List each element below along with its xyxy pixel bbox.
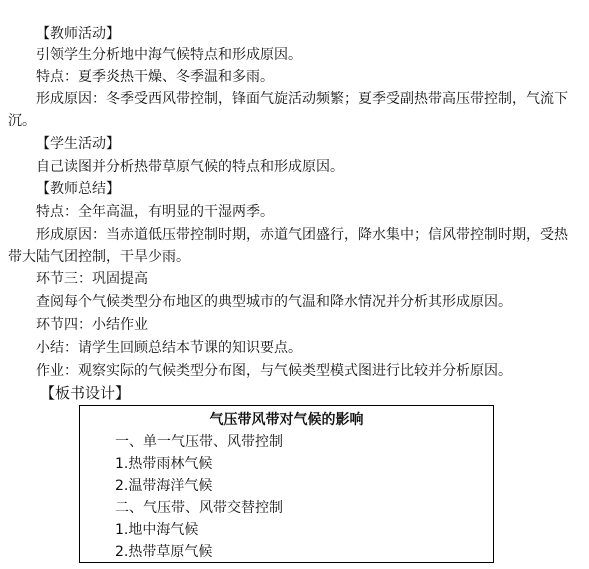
board-item: 2.温带海洋气候 <box>115 475 212 495</box>
paragraph: 沉。 <box>8 112 36 130</box>
heading-board-design: 【板书设计】 <box>40 384 130 402</box>
section-heading: 环节三：巩固提高 <box>36 270 148 288</box>
paragraph: 特点：夏季炎热干燥、冬季温和多雨。 <box>36 68 274 86</box>
paragraph: 查阅每个气候类型分布地区的典型城市的气温和降水情况并分析其形成原因。 <box>36 293 512 311</box>
heading-teacher-activity: 【教师活动】 <box>36 25 120 43</box>
paragraph: 作业：观察实际的气候类型分布图，与气候类型模式图进行比较并分析原因。 <box>36 362 512 380</box>
board-item: 2.热带草原气候 <box>115 541 212 561</box>
board-item: 1.地中海气候 <box>115 519 198 539</box>
section-heading: 环节四：小结作业 <box>36 316 148 334</box>
board-item: 二、气压带、风带交替控制 <box>115 497 283 517</box>
heading-student-activity: 【学生活动】 <box>36 135 120 153</box>
paragraph: 带大陆气团控制，干旱少雨。 <box>8 248 190 266</box>
paragraph: 特点：全年高温，有明显的干湿两季。 <box>36 203 274 221</box>
heading-teacher-summary: 【教师总结】 <box>36 180 120 198</box>
board-title: 气压带风带对气候的影响 <box>80 409 493 429</box>
paragraph: 自己读图并分析热带草原气候的特点和形成原因。 <box>36 158 344 176</box>
board-item: 一、单一气压带、风带控制 <box>115 431 283 451</box>
paragraph: 形成原因：冬季受西风带控制，锋面气旋活动频繁；夏季受副热带高压带控制，气流下 <box>36 90 568 108</box>
paragraph: 形成原因：当赤道低压带控制时期，赤道气团盛行，降水集中；信风带控制时期，受热 <box>36 226 568 244</box>
board-item: 1.热带雨林气候 <box>115 453 212 473</box>
board-design-box: 气压带风带对气候的影响 一、单一气压带、风带控制 1.热带雨林气候 2.温带海洋… <box>79 405 494 563</box>
paragraph: 引领学生分析地中海气候特点和形成原因。 <box>36 46 302 64</box>
paragraph: 小结：请学生回顾总结本节课的知识要点。 <box>36 339 302 357</box>
